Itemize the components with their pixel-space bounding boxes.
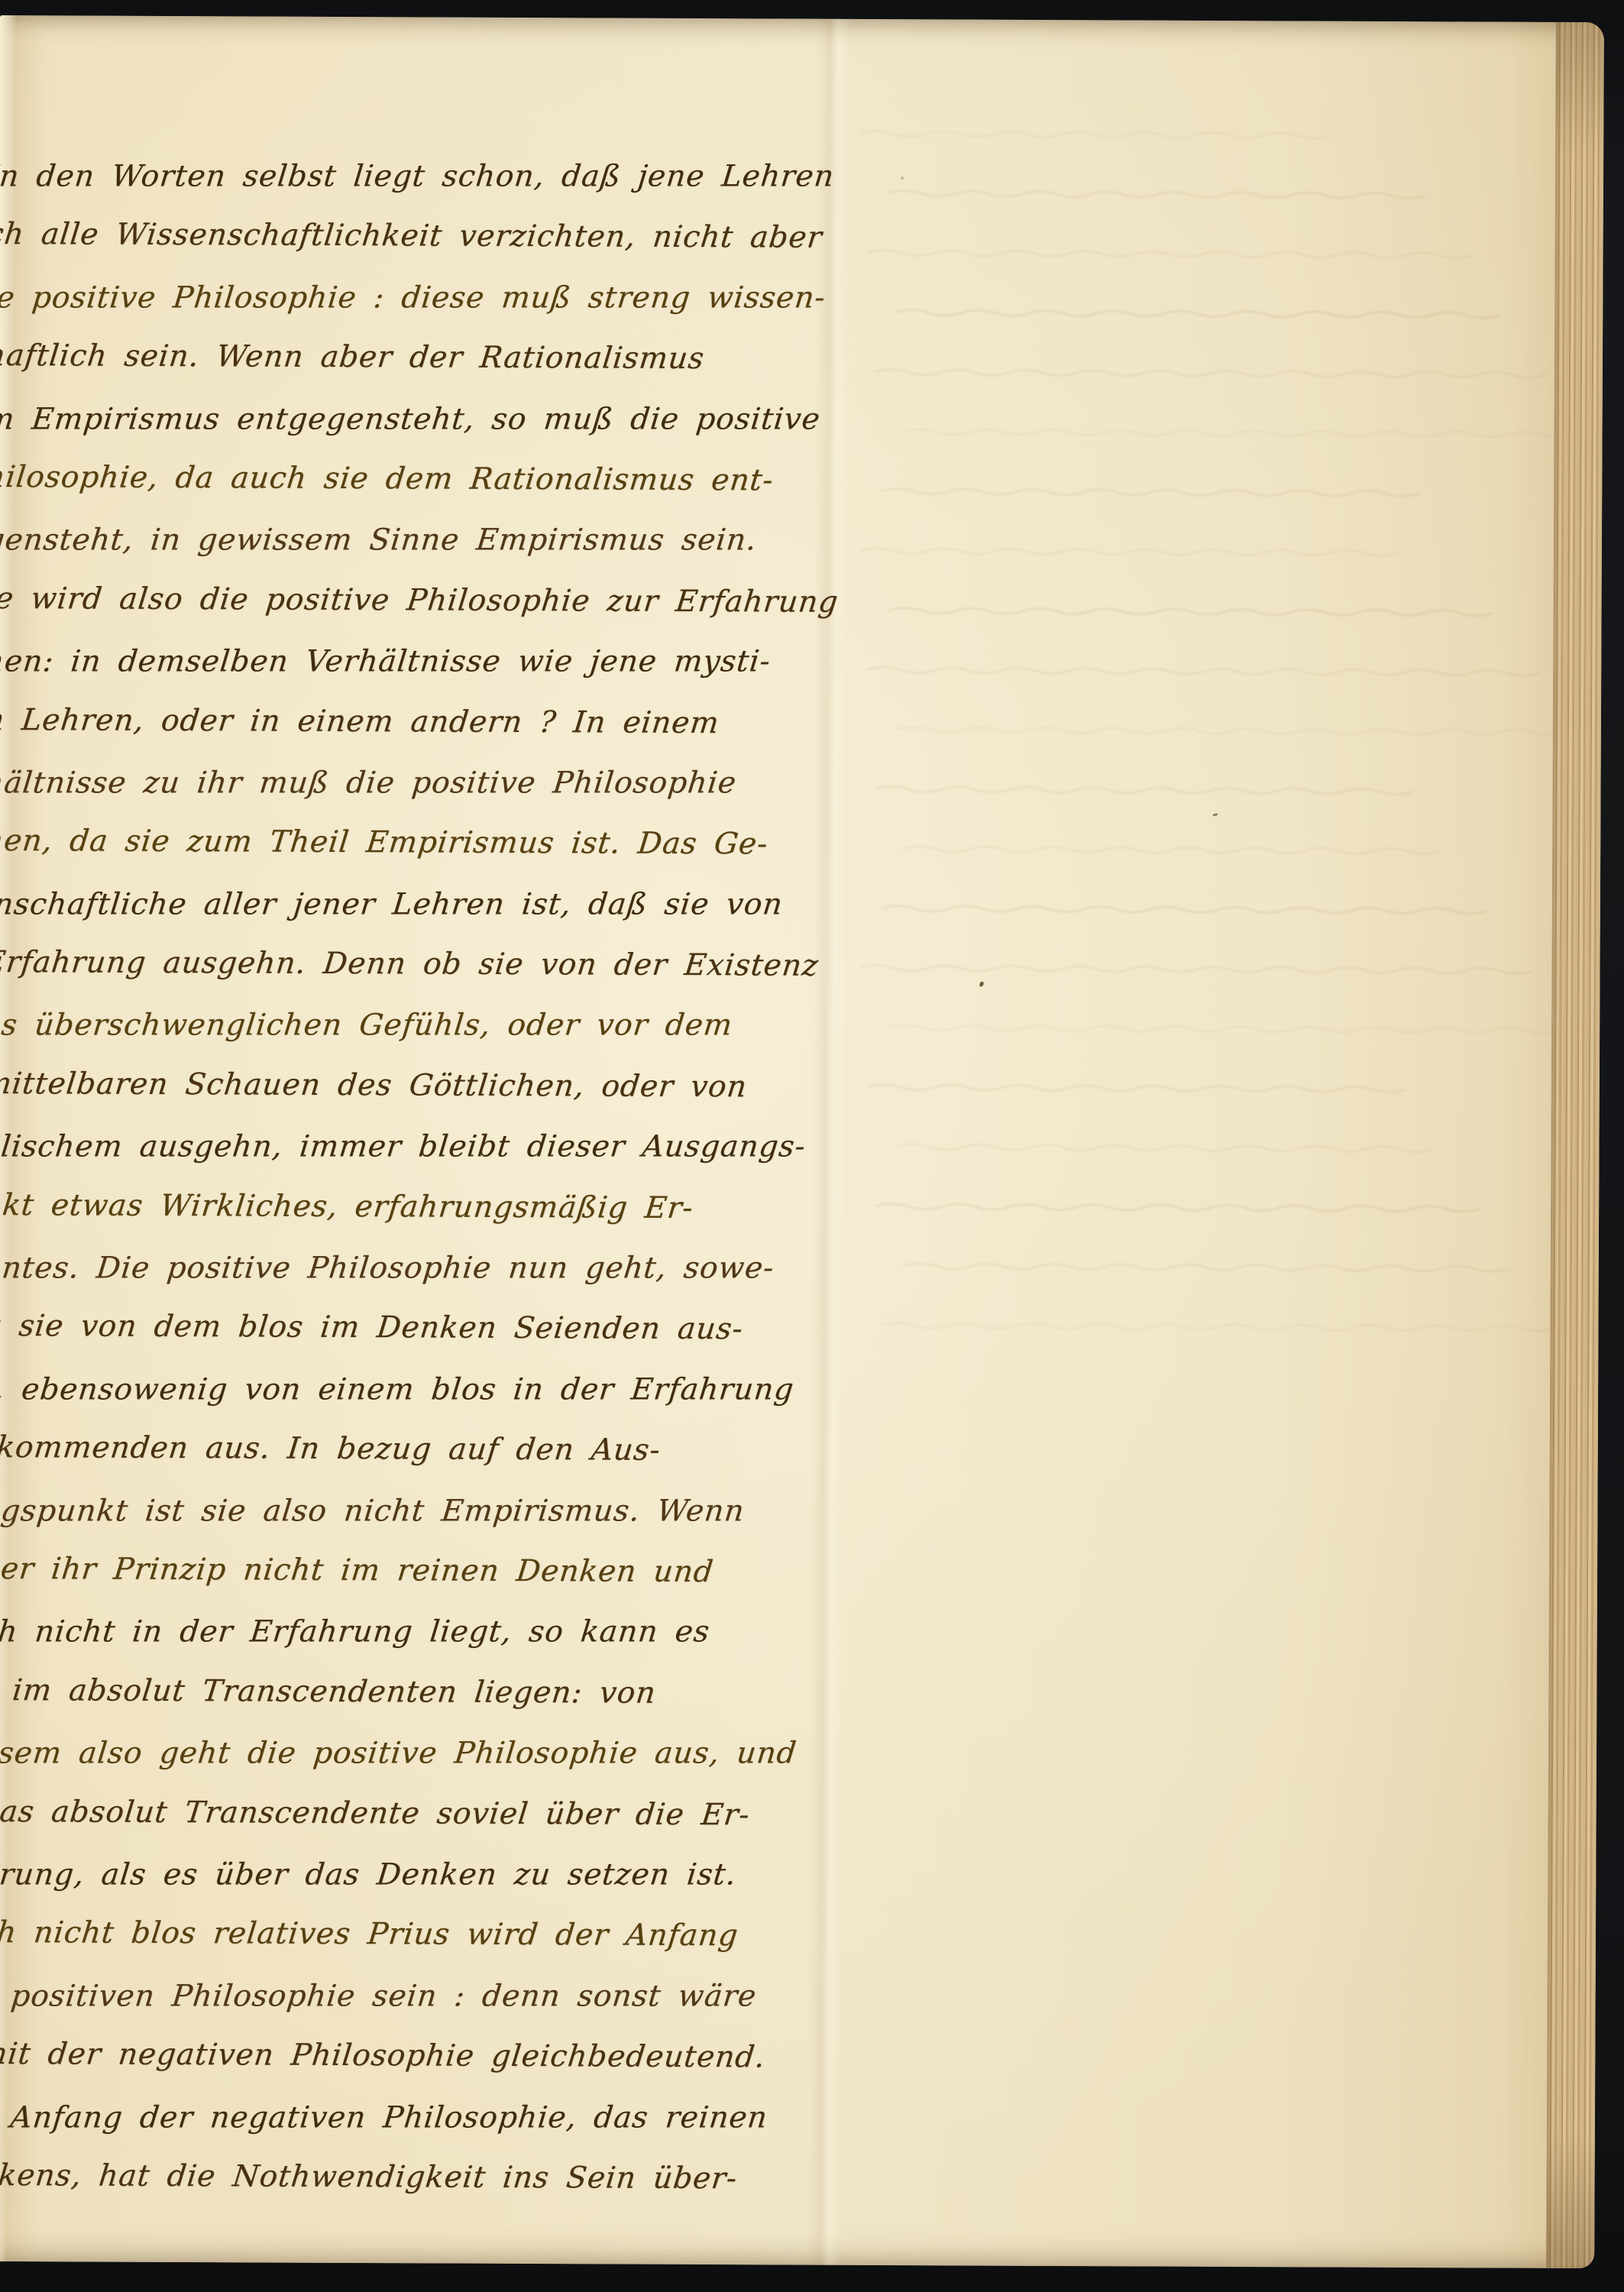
showthrough-line xyxy=(881,489,1419,497)
showthrough-line xyxy=(860,548,1398,555)
showthrough-line xyxy=(895,727,1567,736)
manuscript-line: esem also geht die positive Philosophie … xyxy=(0,1724,862,1784)
manuscript-line: das absolut Transcendente soviel über di… xyxy=(0,1781,862,1845)
manuscript-line: ch nicht blos relatives Prius wird der A… xyxy=(0,1902,861,1967)
page-fore-edge xyxy=(1546,22,1604,2268)
manuscript-line: hilosophie, da auch sie dem Rationalismu… xyxy=(0,447,868,511)
showthrough-line xyxy=(875,1204,1480,1212)
manuscript-line: t, ebensowenig von einem blos in der Erf… xyxy=(0,1359,863,1420)
showthrough-line xyxy=(888,1025,1561,1034)
manuscript-line: mit der negativen Philosophie gleichbede… xyxy=(0,2024,861,2088)
manuscript-line: ch nicht in der Erfahrung liegt, so kann… xyxy=(0,1602,862,1662)
showthrough-line xyxy=(868,1084,1406,1092)
showthrough-line xyxy=(894,310,1499,318)
ink-speck xyxy=(1212,813,1218,816)
manuscript-line: nkens, hat die Nothwendigkeit ins Sein ü… xyxy=(0,2145,860,2209)
manuscript-line: hrung, als es über das Denken zu setzen … xyxy=(0,1844,862,1905)
manuscript-line: nntes. Die positive Philosophie nun geht… xyxy=(0,1238,864,1298)
showthrough-line xyxy=(888,608,1493,616)
manuscript-text-block: In den Worten selbst liegt schon, daß je… xyxy=(0,144,865,2209)
ink-speck xyxy=(901,176,904,180)
showthrough-line xyxy=(867,250,1472,257)
showthrough-line xyxy=(882,906,1487,914)
manuscript-line: r im absolut Transcendenten liegen: von xyxy=(0,1660,862,1724)
showthrough-line xyxy=(874,369,1546,377)
manuscript-line: ch alle Wissenschaftlichkeit verzichten,… xyxy=(0,204,869,268)
showthrough-line xyxy=(867,667,1539,675)
manuscript-line: ber ihr Prinzip nicht im reinen Denken u… xyxy=(0,1539,862,1603)
manuscript-line: In den Worten selbst liegt schon, daß je… xyxy=(0,146,869,206)
manuscript-line: r positiven Philosophie sein : denn sons… xyxy=(0,1966,861,2026)
showthrough-line xyxy=(875,787,1412,795)
manuscript-line: r Anfang der negativen Philosophie, das … xyxy=(0,2087,860,2148)
ink-speck xyxy=(979,981,985,988)
showthrough-line xyxy=(859,131,1330,138)
manuscript-line: hen: in demselben Verhältnisse wie jene … xyxy=(0,632,867,692)
showthrough-line xyxy=(861,965,1533,973)
showthrough-line xyxy=(888,191,1425,199)
showthrough-line xyxy=(902,429,1574,438)
showthrough-line xyxy=(903,1264,1508,1271)
manuscript-line: ngspunkt ist sie also nicht Empirismus. … xyxy=(0,1481,863,1541)
scanned-manuscript-photo: In den Worten selbst liegt schon, daß je… xyxy=(0,0,1624,2292)
showthrough-line xyxy=(902,847,1440,854)
manuscript-line: hen, da sie zum Theil Empirismus ist. Da… xyxy=(0,811,866,875)
manuscript-line: alischem ausgehn, immer bleibt dieser Au… xyxy=(0,1117,865,1177)
manuscript-page: In den Worten selbst liegt schon, daß je… xyxy=(0,15,1604,2268)
manuscript-line: mittelbaren Schauen des Göttlichen, oder… xyxy=(0,1054,865,1118)
manuscript-line: n Lehren, oder in einem andern ? In eine… xyxy=(0,689,866,753)
manuscript-line: haftlich sein. Wenn aber der Rationalism… xyxy=(0,325,868,390)
manuscript-line: ie positive Philosophie : diese muß stre… xyxy=(0,267,869,328)
manuscript-line: g sie von dem blos im Denken Seienden au… xyxy=(0,1296,864,1360)
manuscript-line: es überschwenglichen Gefühls, oder vor d… xyxy=(0,995,865,1056)
manuscript-line: gensteht, in gewissem Sinne Empirismus s… xyxy=(0,510,867,571)
showthrough-line xyxy=(882,1323,1554,1332)
manuscript-line: m Empirismus entgegensteht, so muß die p… xyxy=(0,389,868,449)
showthrough-line xyxy=(896,1144,1434,1152)
manuscript-line: inschaftliche aller jener Lehren ist, da… xyxy=(0,874,865,934)
manuscript-line: hältnisse zu ihr muß die positive Philos… xyxy=(0,753,866,813)
manuscript-line: nkt etwas Wirkliches, erfahrungsmäßig Er… xyxy=(0,1175,865,1239)
manuscript-line: rkommenden aus. In bezug auf den Aus- xyxy=(0,1417,863,1481)
manuscript-line: Erfahrung ausgehn. Denn ob sie von der E… xyxy=(0,932,865,996)
manuscript-line: ie wird also die positive Philosophie zu… xyxy=(0,568,867,633)
